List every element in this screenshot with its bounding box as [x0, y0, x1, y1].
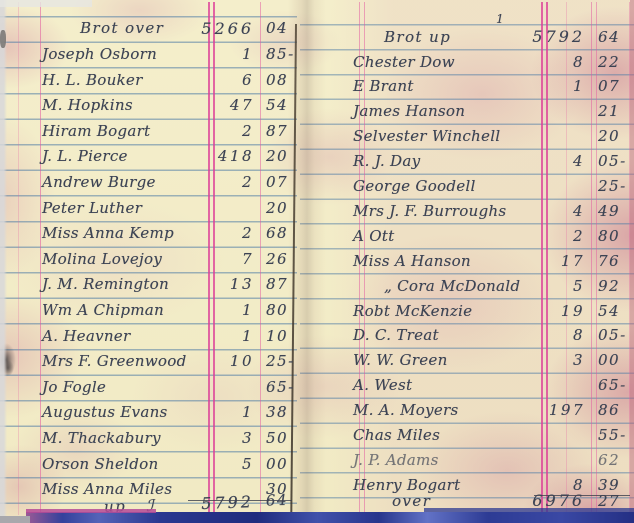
entry-name: D. C. Treat — [353, 323, 439, 348]
scan-edge-left — [0, 0, 7, 523]
amount-cents: 04 — [266, 16, 300, 42]
amount-cents: 10 — [266, 324, 300, 350]
amount-dollars: 2 — [470, 224, 585, 249]
amount-cents: 21 — [598, 99, 634, 124]
ledger-row: A Ott 2 80 — [320, 224, 634, 249]
amount-dollars: 8 — [470, 50, 585, 75]
ledger-page-right: Brot up 5792 64 Chester Dow 8 22 E Brant… — [320, 0, 634, 523]
ledger-row: James Hanson 21 — [320, 99, 634, 124]
book-cover-band — [0, 516, 30, 523]
entry-name: James Hanson — [353, 99, 465, 124]
ledger-row: Brot over 5266 04 — [8, 16, 298, 42]
amount-cents: 49 — [598, 199, 634, 224]
amount-cents: 05- — [598, 323, 634, 348]
ledger-scan: Brot over 5266 04 Joseph Osborn 1 85- H.… — [0, 0, 634, 523]
amount-dollars: 5 — [136, 452, 254, 478]
ledger-row: Robt McKenzie 19 54 — [320, 299, 634, 324]
amount-cents: 64 — [598, 25, 634, 50]
ledger-row: Wm A Chipman 1 80 — [8, 298, 298, 324]
entry-name: W. W. Green — [353, 348, 448, 373]
ledger-row: Peter Luther 20 — [8, 196, 298, 222]
entry-name: Selvester Winchell — [353, 124, 500, 149]
amount-cents: 22 — [598, 50, 634, 75]
entry-name: Brot up — [384, 25, 451, 50]
entry-name: Miss A Hanson — [353, 249, 471, 274]
amount-cents: 08 — [266, 68, 300, 94]
amount-dollars: 5 — [470, 274, 585, 299]
amount-dollars: 3 — [136, 426, 254, 452]
amount-cents: 26 — [266, 247, 300, 273]
amount-cents: 54 — [598, 299, 634, 324]
amount-dollars: 1 — [136, 324, 254, 350]
ledger-row: A. West 65- — [320, 373, 634, 398]
amount-cents: 00 — [598, 348, 634, 373]
entry-name: M. A. Moyers — [353, 398, 458, 423]
entry-name: E Brant — [353, 74, 414, 99]
amount-cents: 87 — [266, 272, 300, 298]
ledger-row: Miss Anna Kemp 2 68 — [8, 221, 298, 247]
amount-dollars: 5792 — [470, 25, 585, 50]
amount-dollars: 7 — [136, 247, 254, 273]
amount-cents: 76 — [598, 249, 634, 274]
amount-dollars: 1 — [470, 74, 585, 99]
ledger-row: M. Hopkins 47 54 — [8, 93, 298, 119]
amount-dollars: 13 — [136, 272, 254, 298]
amount-dollars: 17 — [470, 249, 585, 274]
amount-dollars: 2 — [136, 170, 254, 196]
amount-cents: 50 — [266, 426, 300, 452]
entry-name: H. L. Bouker — [42, 68, 143, 94]
entry-name: George Goodell — [353, 174, 476, 199]
book-cover-band — [26, 509, 156, 513]
ledger-row: Mrs J. F. Burroughs 4 49 — [320, 199, 634, 224]
amount-dollars: 8 — [470, 323, 585, 348]
entry-name: Hiram Bogart — [42, 119, 150, 145]
amount-cents: 25- — [266, 349, 300, 375]
amount-cents: 85- — [266, 42, 300, 68]
amount-cents: 25- — [598, 174, 634, 199]
amount-cents: 07 — [598, 74, 634, 99]
ledger-row: „ Cora McDonald 5 92 — [320, 274, 634, 299]
ledger-row: W. W. Green 3 00 — [320, 348, 634, 373]
amount-dollars: 5266 — [136, 16, 254, 42]
ledger-page-left: Brot over 5266 04 Joseph Osborn 1 85- H.… — [8, 0, 298, 523]
amount-cents: 62 — [598, 448, 634, 473]
amount-cents: 64 — [265, 487, 300, 514]
entry-name: M. Hopkins — [42, 93, 133, 119]
ledger-row: R. J. Day 4 05- — [320, 149, 634, 174]
amount-dollars: 47 — [136, 93, 254, 119]
book-cover-band — [26, 512, 634, 523]
ledger-row: Andrew Burge 2 07 — [8, 170, 298, 196]
entry-name: Chas Miles — [353, 423, 440, 448]
ledger-row: D. C. Treat 8 05- — [320, 323, 634, 348]
ledger-row: Hiram Bogart 2 87 — [8, 119, 298, 145]
entry-name: Chester Dow — [353, 50, 455, 75]
amount-cents: 00 — [266, 452, 300, 478]
amount-cents: 68 — [266, 221, 300, 247]
entry-name: R. J. Day — [353, 149, 420, 174]
entry-name: Peter Luther — [42, 196, 142, 222]
amount-dollars: 3 — [470, 348, 585, 373]
amount-cents: 92 — [598, 274, 634, 299]
amount-cents: 87 — [266, 119, 300, 145]
ledger-row: Augustus Evans 1 38 — [8, 400, 298, 426]
entry-name: A. West — [353, 373, 412, 398]
ledger-row: Chester Dow 8 22 — [320, 50, 634, 75]
amount-cents: 20 — [266, 196, 300, 222]
amount-dollars: 197 — [470, 398, 585, 423]
ledger-row: H. L. Bouker 6 08 — [8, 68, 298, 94]
amount-cents: 80 — [266, 298, 300, 324]
ledger-row: J. L. Pierce 418 20 — [8, 144, 298, 170]
amount-cents: 20 — [598, 124, 634, 149]
ledger-row: M. A. Moyers 197 86 — [320, 398, 634, 423]
amount-cents: 86 — [598, 398, 634, 423]
amount-dollars: 1 — [136, 42, 254, 68]
ledger-row: J. P. Adams 62 — [320, 448, 634, 473]
amount-cents: 65- — [266, 375, 300, 401]
amount-dollars: 4 — [470, 149, 585, 174]
amount-cents: 05- — [598, 149, 634, 174]
amount-cents: 55- — [598, 423, 634, 448]
amount-dollars: 418 — [136, 144, 254, 170]
entry-name: J. L. Pierce — [42, 144, 128, 170]
amount-dollars: 1 — [136, 400, 254, 426]
ledger-row: Molina Lovejoy 7 26 — [8, 247, 298, 273]
scan-edge-right — [630, 0, 634, 523]
amount-cents: 20 — [266, 144, 300, 170]
ledger-row: A. Heavner 1 10 — [8, 324, 298, 350]
amount-cents: 07 — [266, 170, 300, 196]
entry-name: J. P. Adams — [353, 448, 439, 473]
amount-dollars: 10 — [136, 349, 254, 375]
ledger-row: Orson Sheldon 5 00 — [8, 452, 298, 478]
ledger-row: Chas Miles 55- — [320, 423, 634, 448]
entry-name: Robt McKenzie — [353, 299, 472, 324]
ledger-row: Mrs F. Greenwood 10 25- — [8, 349, 298, 375]
amount-dollars: 1 — [136, 298, 254, 324]
amount-cents: 38 — [266, 400, 300, 426]
ledger-row: M. Thackabury 3 50 — [8, 426, 298, 452]
ledger-row: George Goodell 25- — [320, 174, 634, 199]
amount-cents: 80 — [598, 224, 634, 249]
entry-name: Jo Fogle — [42, 375, 106, 401]
scan-corner-top-left — [0, 0, 92, 7]
amount-dollars: 2 — [136, 119, 254, 145]
amount-cents: 54 — [266, 93, 300, 119]
scan-edge-mark — [0, 30, 6, 48]
amount-cents: 65- — [598, 373, 634, 398]
ledger-row: Miss A Hanson 17 76 — [320, 249, 634, 274]
entry-name: A. Heavner — [42, 324, 130, 350]
ledger-row: Joseph Osborn 1 85- — [8, 42, 298, 68]
amount-dollars: 6 — [136, 68, 254, 94]
amount-dollars: 19 — [470, 299, 585, 324]
page-number: 1 — [496, 12, 504, 26]
ledger-row: Selvester Winchell 20 — [320, 124, 634, 149]
entry-name: A Ott — [353, 224, 394, 249]
ledger-row: Jo Fogle 65- — [8, 375, 298, 401]
ledger-row: E Brant 1 07 — [320, 74, 634, 99]
amount-dollars: 4 — [470, 199, 585, 224]
amount-dollars: 2 — [136, 221, 254, 247]
ledger-row: J. M. Remington 13 87 — [8, 272, 298, 298]
ledger-row: Brot up 5792 64 — [320, 25, 634, 50]
